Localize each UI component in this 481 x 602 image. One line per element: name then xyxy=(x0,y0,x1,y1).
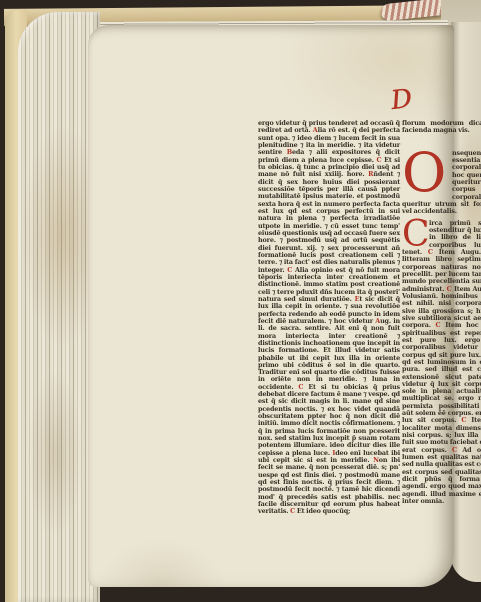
section-text: irca primū sic proceditur ⁊ ostenditur q… xyxy=(402,220,481,506)
red-quire-mark: D xyxy=(389,86,413,114)
photograph-of-incunable-page: D ergo videtur q̄ prius tenderet ad occa… xyxy=(0,0,481,602)
page-surface: D ergo videtur q̄ prius tenderet ad occa… xyxy=(88,25,454,587)
rubricated-section-consequenter: O nsequenter queritur de essentia ⁊ quid… xyxy=(402,150,481,216)
text-column-2: florum modorum dicatur. nam est in facie… xyxy=(402,120,481,505)
rubricated-section-circa: C irca primū sic proceditur ⁊ ostenditur… xyxy=(402,220,481,506)
column2-intro: florum modorum dicatur. nam est in facie… xyxy=(402,120,481,135)
red-initial-C: C xyxy=(402,221,426,249)
text-column-1: ergo videtur q̄ prius tenderet ad occasū… xyxy=(258,120,400,516)
red-initial-O: O xyxy=(402,152,449,194)
column1-text: ergo videtur q̄ prius tenderet ad occasū… xyxy=(258,120,400,516)
